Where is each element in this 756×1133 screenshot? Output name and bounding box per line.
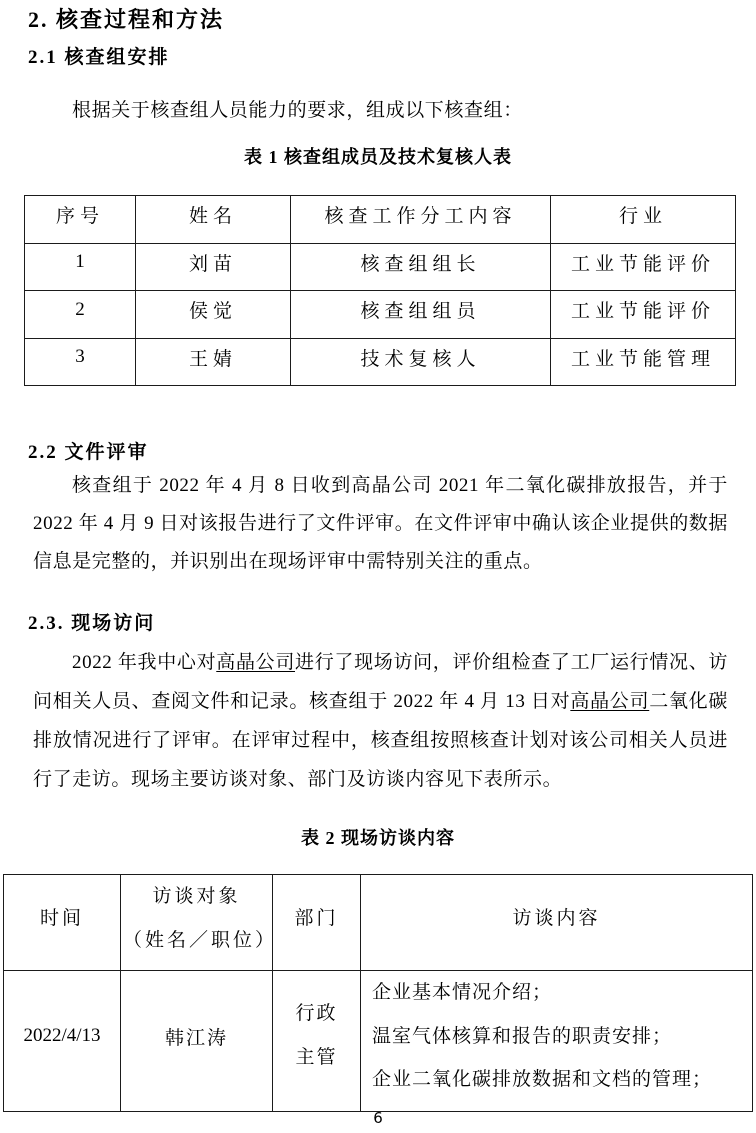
table2-cell-content: 企业基本情况介绍；温室气体核算和报告的职责安排；企业二氧化碳排放数据和文档的管理… bbox=[361, 971, 753, 1112]
table1-cell-role: 核查组组员 bbox=[291, 291, 551, 339]
table2-header-content: 访谈内容 bbox=[361, 875, 753, 971]
table1-header-name: 姓名 bbox=[136, 196, 291, 244]
table2-header-interviewee: 访谈对象（姓名／职位） bbox=[121, 875, 273, 971]
table-verification-team: 序号 姓名 核查工作分工内容 行业 1 刘苗 核查组组长 工业节能评价 2 侯觉… bbox=[24, 195, 736, 386]
table2-cell-time: 2022/4/13 bbox=[4, 971, 121, 1112]
table1-cell-name: 刘苗 bbox=[136, 243, 291, 291]
table2-cell-interviewee: 韩江涛 bbox=[121, 971, 273, 1112]
table2-header-department: 部门 bbox=[273, 875, 361, 971]
section-heading-2: 2. 核查过程和方法 bbox=[28, 7, 224, 33]
table2-cell-department: 行政主管 bbox=[273, 971, 361, 1112]
section-heading-2-2: 2.2 文件评审 bbox=[28, 441, 149, 465]
paragraph-document-review: 核查组于 2022 年 4 月 8 日收到高晶公司 2021 年二氧化碳排放报告… bbox=[33, 467, 728, 581]
table1-header-industry: 行业 bbox=[551, 196, 736, 244]
table1-cell-index: 2 bbox=[25, 291, 136, 339]
table1-header-index: 序号 bbox=[25, 196, 136, 244]
paragraph-site-visit: 2022 年我中心对高晶公司进行了现场访问，评价组检查了工厂运行情况、访问相关人… bbox=[33, 643, 728, 799]
page-number: 6 bbox=[0, 1108, 756, 1128]
table1-cell-industry: 工业节能评价 bbox=[551, 291, 736, 339]
document-page: 2. 核查过程和方法 2.1 核查组安排 根据关于核查组人员能力的要求，组成以下… bbox=[0, 0, 756, 1133]
table1-row-2: 2 侯觉 核查组组员 工业节能评价 bbox=[25, 291, 736, 339]
table2-header-time: 时间 bbox=[4, 875, 121, 971]
table1-header-row: 序号 姓名 核查工作分工内容 行业 bbox=[25, 196, 736, 244]
section-heading-2-3: 2.3. 现场访问 bbox=[28, 612, 155, 636]
table1-cell-name: 侯觉 bbox=[136, 291, 291, 339]
table1-cell-industry: 工业节能管理 bbox=[551, 338, 736, 386]
table1-header-role: 核查工作分工内容 bbox=[291, 196, 551, 244]
table1-row-3: 3 王婧 技术复核人 工业节能管理 bbox=[25, 338, 736, 386]
table2-caption: 表 2 现场访谈内容 bbox=[0, 827, 756, 849]
table1-cell-name: 王婧 bbox=[136, 338, 291, 386]
table1-cell-index: 1 bbox=[25, 243, 136, 291]
table-interview-content: 时间 访谈对象（姓名／职位） 部门 访谈内容 2022/4/13 韩江涛 行政主… bbox=[3, 874, 753, 1112]
table1-cell-index: 3 bbox=[25, 338, 136, 386]
table1-cell-industry: 工业节能评价 bbox=[551, 243, 736, 291]
table2-row-1: 2022/4/13 韩江涛 行政主管 企业基本情况介绍；温室气体核算和报告的职责… bbox=[4, 971, 753, 1112]
table2-header-row: 时间 访谈对象（姓名／职位） 部门 访谈内容 bbox=[4, 875, 753, 971]
section-heading-2-1: 2.1 核查组安排 bbox=[28, 46, 170, 70]
paragraph-team-intro: 根据关于核查组人员能力的要求，组成以下核查组： bbox=[33, 92, 728, 130]
table1-cell-role: 核查组组长 bbox=[291, 243, 551, 291]
table1-cell-role: 技术复核人 bbox=[291, 338, 551, 386]
table1-row-1: 1 刘苗 核查组组长 工业节能评价 bbox=[25, 243, 736, 291]
table1-caption: 表 1 核查组成员及技术复核人表 bbox=[0, 146, 756, 168]
